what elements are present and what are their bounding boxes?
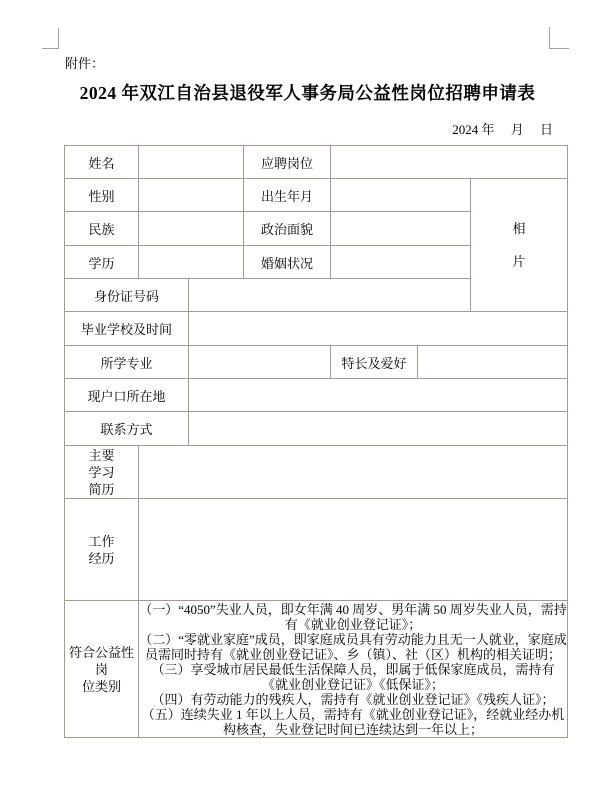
education-input-cell[interactable]: [139, 246, 244, 279]
study-resume-label: 主要 学习 简历: [65, 446, 139, 499]
birth-date-label: 出生年月: [244, 179, 331, 212]
gender-input-cell[interactable]: [139, 179, 244, 212]
row-major-specialty: 所学专业 特长及爱好: [65, 346, 568, 379]
category-criteria-text: （一）“4050”失业人员，即女年满 40 周岁、男年满 50 周岁失业人员，需…: [139, 601, 568, 738]
birth-date-input-cell[interactable]: [331, 179, 471, 212]
photo-cell[interactable]: 相 片: [471, 179, 568, 312]
row-work-experience: 工作 经历: [65, 499, 568, 601]
crop-mark-top-left-icon: [42, 28, 59, 49]
household-location-input-cell[interactable]: [189, 379, 568, 412]
household-location-label: 现户口所在地: [65, 379, 189, 412]
row-name-position: 姓名 应聘岗位: [65, 146, 568, 179]
contact-label: 联系方式: [65, 412, 189, 446]
row-graduation-school: 毕业学校及时间: [65, 312, 568, 346]
id-number-label: 身份证号码: [65, 279, 189, 312]
work-experience-label: 工作 经历: [65, 499, 139, 601]
specialties-hobbies-label: 特长及爱好: [331, 346, 418, 379]
row-household: 现户口所在地: [65, 379, 568, 412]
row-gender-birth: 性别 出生年月 相 片: [65, 179, 568, 212]
ethnicity-label: 民族: [65, 212, 139, 246]
id-number-input-cell[interactable]: [189, 279, 471, 312]
political-status-label: 政治面貌: [244, 212, 331, 246]
graduation-school-time-input-cell[interactable]: [189, 312, 568, 346]
major-label: 所学专业: [65, 346, 189, 379]
row-study-resume: 主要 学习 简历: [65, 446, 568, 499]
attachment-label: 附件：: [65, 53, 104, 72]
crop-mark-top-right-icon: [549, 27, 569, 49]
graduation-school-time-label: 毕业学校及时间: [65, 312, 189, 346]
marital-status-label: 婚姻状况: [244, 246, 331, 279]
major-input-cell[interactable]: [189, 346, 331, 379]
name-label: 姓名: [65, 146, 139, 179]
date-line: 2024 年 月 日: [452, 119, 553, 138]
contact-input-cell[interactable]: [189, 412, 568, 446]
ethnicity-input-cell[interactable]: [139, 212, 244, 246]
gender-label: 性别: [65, 179, 139, 212]
document-page: 附件： 2024 年双江自治县退役军人事务局公益性岗位招聘申请表 2024 年 …: [0, 0, 615, 788]
row-contact: 联系方式: [65, 412, 568, 446]
row-category: 符合公益性岗 位类别 （一）“4050”失业人员，即女年满 40 周岁、男年满 …: [65, 601, 568, 738]
name-input-cell[interactable]: [139, 146, 244, 179]
category-label: 符合公益性岗 位类别: [65, 601, 139, 738]
education-label: 学历: [65, 246, 139, 279]
page-title: 2024 年双江自治县退役军人事务局公益性岗位招聘申请表: [0, 80, 615, 105]
work-experience-input-cell[interactable]: [139, 499, 568, 601]
applied-position-input-cell[interactable]: [331, 146, 568, 179]
study-resume-input-cell[interactable]: [139, 446, 568, 499]
specialties-hobbies-input-cell[interactable]: [418, 346, 568, 379]
political-status-input-cell[interactable]: [331, 212, 471, 246]
application-form-table: 姓名 应聘岗位 性别 出生年月 相 片 民族 政治面貌 学历 婚姻状况 身份证号…: [64, 145, 568, 738]
marital-status-input-cell[interactable]: [331, 246, 471, 279]
applied-position-label: 应聘岗位: [244, 146, 331, 179]
